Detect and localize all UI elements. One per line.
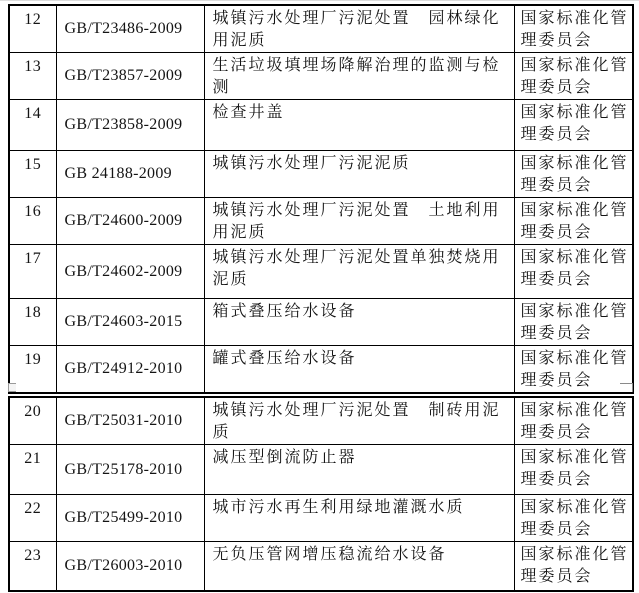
table-row: 23 GB/T26003-2010 无负压管网增压稳流给水设备 国家标准化管理委… xyxy=(9,542,633,591)
row-number-cell: 15 xyxy=(9,151,56,198)
issuing-org-cell: 国家标准化管理委员会 xyxy=(514,542,633,591)
standard-name-cell: 箱式叠压给水设备 xyxy=(204,299,514,346)
table-row: 16 GB/T24600-2009 城镇污水处理厂污泥处置 土地利用用泥质 国家… xyxy=(9,198,633,245)
standard-code-cell: GB/T23858-2009 xyxy=(56,100,204,151)
table-row: 15 GB 24188-2009 城镇污水处理厂污泥泥质 国家标准化管理委员会 xyxy=(9,151,633,198)
standard-code-cell: GB/T23486-2009 xyxy=(56,5,204,53)
table-row: 13 GB/T23857-2009 生活垃圾填埋场降解治理的监测与检测 国家标准… xyxy=(9,53,633,100)
table-row: 19 GB/T24912-2010 罐式叠压给水设备 国家标准化管理委员会 xyxy=(9,346,633,394)
issuing-org-cell: 国家标准化管理委员会 xyxy=(514,245,633,299)
standard-code-cell: GB/T26003-2010 xyxy=(56,542,204,591)
table-break-handle-left xyxy=(8,383,16,392)
standard-code-cell: GB/T25499-2010 xyxy=(56,495,204,542)
row-number-cell: 14 xyxy=(9,100,56,151)
row-number-cell: 17 xyxy=(9,245,56,299)
standard-code-cell: GB/T25178-2010 xyxy=(56,445,204,495)
row-number-cell: 16 xyxy=(9,198,56,245)
row-number-cell: 19 xyxy=(9,346,56,394)
standard-name-cell: 罐式叠压给水设备 xyxy=(204,346,514,394)
standard-name-cell: 城镇污水处理厂污泥处置 园林绿化用泥质 xyxy=(204,5,514,53)
standard-name-cell: 城镇污水处理厂污泥处置 土地利用用泥质 xyxy=(204,198,514,245)
row-number-cell: 13 xyxy=(9,53,56,100)
standard-code-cell: GB/T24602-2009 xyxy=(56,245,204,299)
standard-code-cell: GB/T23857-2009 xyxy=(56,53,204,100)
issuing-org-cell: 国家标准化管理委员会 xyxy=(514,100,633,151)
row-number-cell: 23 xyxy=(9,542,56,591)
issuing-org-cell: 国家标准化管理委员会 xyxy=(514,495,633,542)
issuing-org-cell: 国家标准化管理委员会 xyxy=(514,397,633,445)
standard-code-cell: GB 24188-2009 xyxy=(56,151,204,198)
row-number-cell: 21 xyxy=(9,445,56,495)
standard-code-cell: GB/T24600-2009 xyxy=(56,198,204,245)
table-row: 20 GB/T25031-2010 城镇污水处理厂污泥处置 制砖用泥质 国家标准… xyxy=(9,397,633,445)
standard-name-cell: 城镇污水处理厂污泥处置 制砖用泥质 xyxy=(204,397,514,445)
issuing-org-cell: 国家标准化管理委员会 xyxy=(514,53,633,100)
table-row: 14 GB/T23858-2009 检查井盖 国家标准化管理委员会 xyxy=(9,100,633,151)
standard-name-cell: 城镇污水处理厂污泥泥质 xyxy=(204,151,514,198)
row-number-cell: 18 xyxy=(9,299,56,346)
issuing-org-cell: 国家标准化管理委员会 xyxy=(514,151,633,198)
document-page: 12 GB/T23486-2009 城镇污水处理厂污泥处置 园林绿化用泥质 国家… xyxy=(0,0,639,593)
standard-name-cell: 城镇污水处理厂污泥处置单独焚烧用泥质 xyxy=(204,245,514,299)
row-number-cell: 12 xyxy=(9,5,56,53)
standard-code-cell: GB/T25031-2010 xyxy=(56,397,204,445)
standard-name-cell: 无负压管网增压稳流给水设备 xyxy=(204,542,514,591)
standard-code-cell: GB/T24603-2015 xyxy=(56,299,204,346)
row-number-cell: 20 xyxy=(9,397,56,445)
issuing-org-cell: 国家标准化管理委员会 xyxy=(514,5,633,53)
table-break-handle-right xyxy=(620,383,633,392)
standard-name-cell: 检查井盖 xyxy=(204,100,514,151)
standard-name-cell: 生活垃圾填埋场降解治理的监测与检测 xyxy=(204,53,514,100)
issuing-org-cell: 国家标准化管理委员会 xyxy=(514,299,633,346)
standard-code-cell: GB/T24912-2010 xyxy=(56,346,204,394)
standard-name-cell: 减压型倒流防止器 xyxy=(204,445,514,495)
page-top-edge xyxy=(0,0,639,1)
table-row: 12 GB/T23486-2009 城镇污水处理厂污泥处置 园林绿化用泥质 国家… xyxy=(9,5,633,53)
table-row: 18 GB/T24603-2015 箱式叠压给水设备 国家标准化管理委员会 xyxy=(9,299,633,346)
issuing-org-cell: 国家标准化管理委员会 xyxy=(514,346,633,394)
row-number-cell: 22 xyxy=(9,495,56,542)
issuing-org-cell: 国家标准化管理委员会 xyxy=(514,445,633,495)
standards-table-section-2: 20 GB/T25031-2010 城镇污水处理厂污泥处置 制砖用泥质 国家标准… xyxy=(8,396,634,592)
table-row: 21 GB/T25178-2010 减压型倒流防止器 国家标准化管理委员会 xyxy=(9,445,633,495)
table-row: 22 GB/T25499-2010 城市污水再生利用绿地灌溉水质 国家标准化管理… xyxy=(9,495,633,542)
standard-name-cell: 城市污水再生利用绿地灌溉水质 xyxy=(204,495,514,542)
table-row: 17 GB/T24602-2009 城镇污水处理厂污泥处置单独焚烧用泥质 国家标… xyxy=(9,245,633,299)
issuing-org-cell: 国家标准化管理委员会 xyxy=(514,198,633,245)
standards-table-section-1: 12 GB/T23486-2009 城镇污水处理厂污泥处置 园林绿化用泥质 国家… xyxy=(8,4,634,394)
